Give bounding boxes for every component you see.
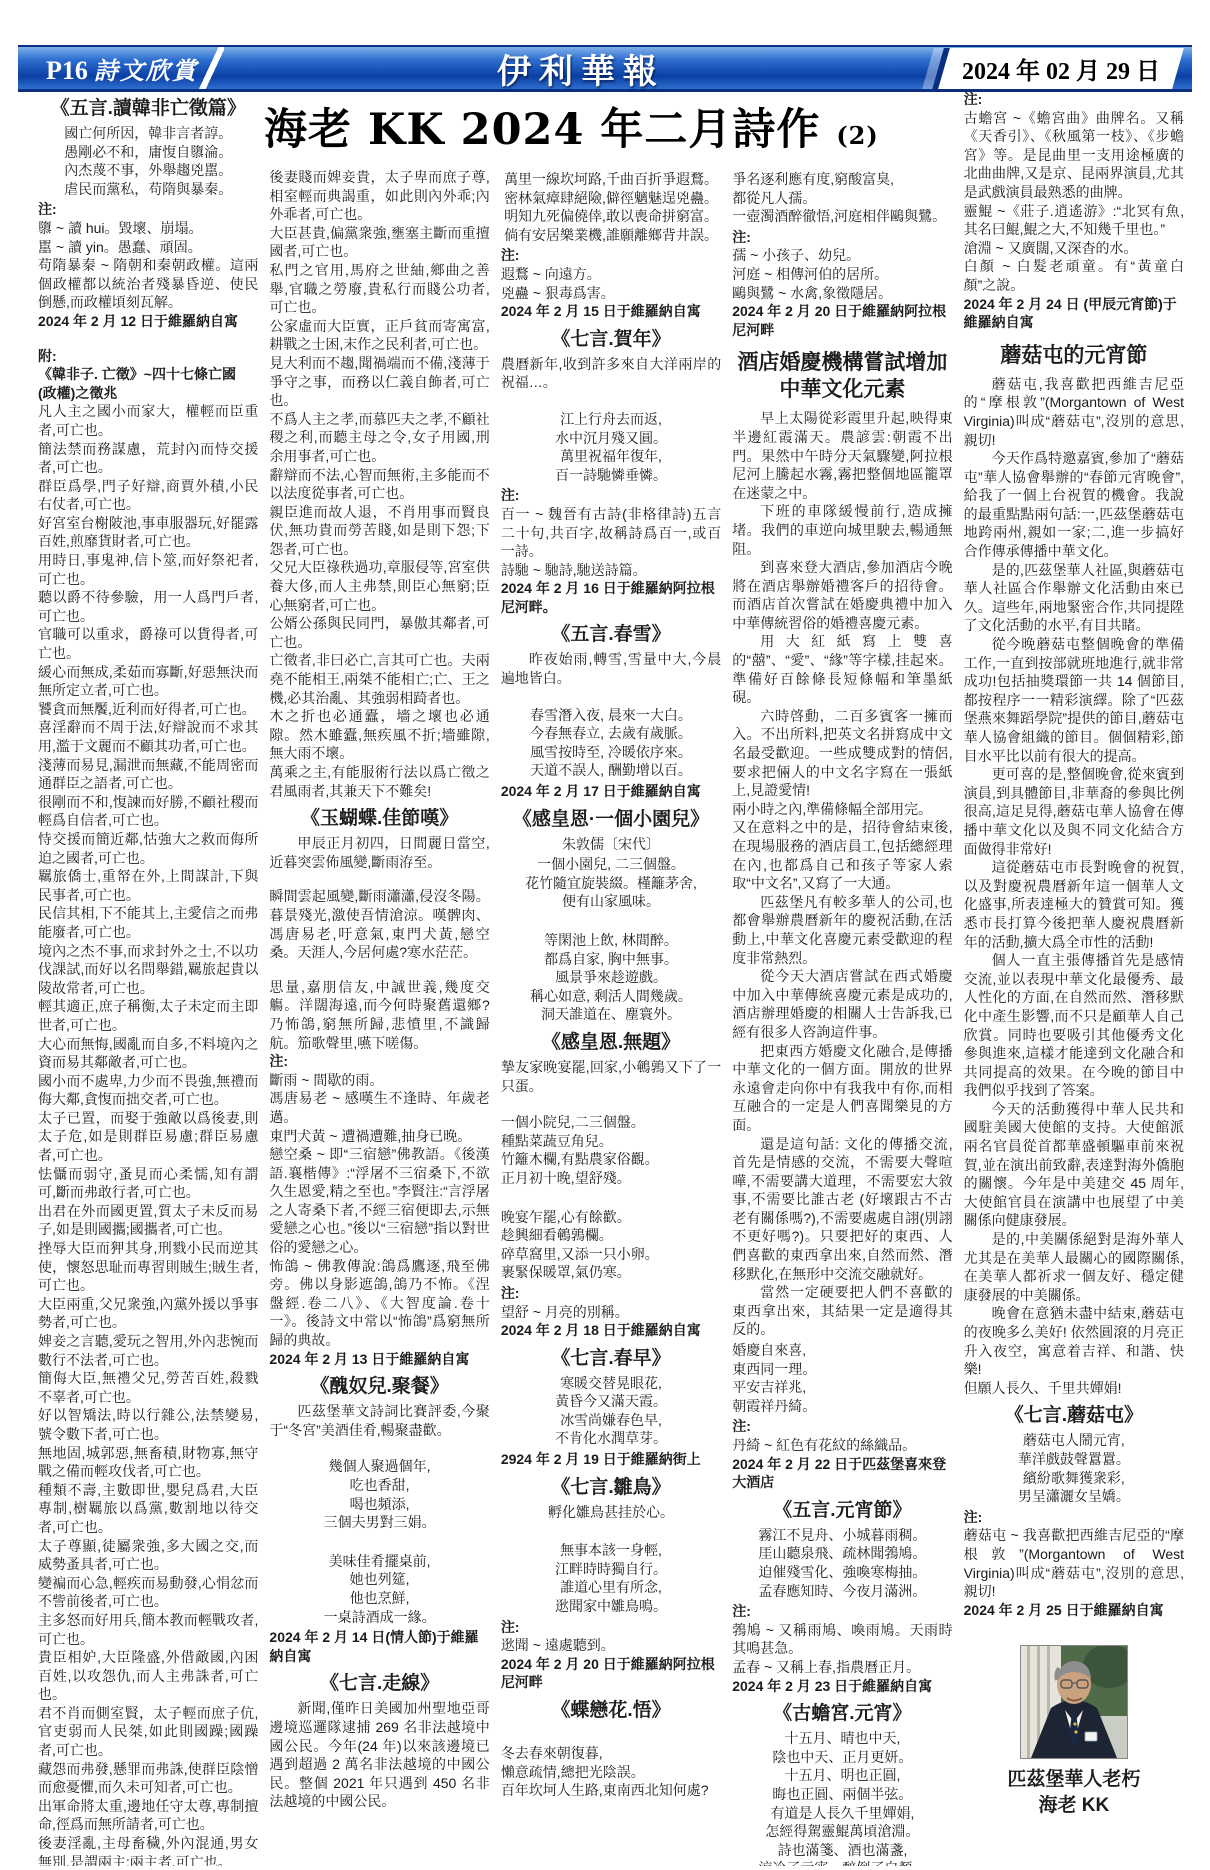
date-line: 2024 年 2 月 15 日于維羅納自寓 [501, 302, 721, 321]
poem-title: 《感皇恩.無題》 [501, 1031, 721, 1054]
paragraph: 逖聞 ~ 遠處聽到。 [501, 1636, 721, 1655]
spacer [269, 962, 489, 978]
verse-line: 倘有安居樂業機,誰願離鄉背井誤。 [501, 226, 721, 245]
verse-line: 他也烹鮮, [269, 1589, 489, 1608]
paragraph: 變褊而心急,輕疾而易動發,心悁忿而不訾前後者,可亡也。 [38, 1574, 258, 1611]
verse-line: 十五月、明也正圓, [732, 1766, 952, 1785]
paragraph: 辭辯而不法,心智而無術,主多能而不以法度從事者,可亡也。 [269, 466, 489, 503]
paragraph: 甲辰正月初四，日間麗日當空,近暮突雲佈風變,斷雨洊至。 [269, 834, 489, 871]
verse-line: 十五月、晴也中天, [732, 1729, 952, 1748]
verse-line: 怎經得駕靈鯤萬頃滄淵。 [732, 1822, 952, 1841]
paragraph: 簡侮大臣,無禮父兄,勞苦百姓,殺戮不辜者,可亡也。 [38, 1369, 258, 1406]
paragraph: 藏怨而弗發,懸罪而弗誅,使群臣陰憎而愈憂懼,而久未可知者,可亡也。 [38, 1760, 258, 1797]
paragraph: 是的,匹茲堡華人社區,與蘑菇屯華人社區合作舉辦文化活動由來已久。這些年,兩地緊密… [964, 561, 1184, 635]
spacer [269, 1534, 489, 1550]
date-line: 2024 年 2 月 20 日于維羅納阿拉根尼河畔 [501, 1655, 721, 1692]
verse-line: 碎草窩里,又添一只小卵。 [501, 1245, 721, 1264]
portrait-photo-block: 匹茲堡華人老朽海老 KK [964, 1645, 1184, 1819]
label-line: 注: [964, 1508, 1184, 1527]
label-line: 注: [501, 1618, 721, 1637]
verse-line: 誰道心里有所念, [501, 1578, 721, 1597]
label-line: 《韓非子. 亡徵》~四十七條亡國 (政權)之徵兆 [38, 365, 258, 402]
paragraph: 亡徵者,非曰必亡,言其可亡也。夫兩堯不能相王,兩桀不能相亡;亡、王之機,必其治亂… [269, 651, 489, 707]
paragraph: 饕貪而無饜,近利而好得者,可亡也。 [38, 700, 258, 719]
verse-line: 幾個人聚過個年, [269, 1457, 489, 1476]
label-line: 注: [501, 1284, 721, 1303]
verse-line: 冬去春來朝復暮, [501, 1744, 721, 1763]
paragraph: 恃交援而簡近鄰,怙強大之救而侮所迫之國者,可亡也。 [38, 830, 258, 867]
page-number: P16 [46, 56, 88, 86]
paragraph: 把東西方婚慶文化融合,是傳播中華文化的一個方面。開放的世界永遠會走向你中有我我中… [732, 1042, 952, 1135]
verse-line: 一個小院兒,二三個盤。 [501, 1113, 721, 1132]
paragraph: 怖鴿 ~ 佛教傳說:鴿爲鷹逐,飛至佛旁。佛以身影遮鴿,鴿乃不怖。《涅盤經.卷二八… [269, 1257, 489, 1350]
paragraph: 到喜來登大酒店,參加酒店今晚將在酒店舉辦婚禮客戶的招待會。而酒店首次嘗試在婚慶典… [732, 558, 952, 632]
verse: 萬里一線坎坷路,千曲百折爭遐鶩。密林氣瘴肆絕險,僻徑魑魅逞兇蠱。明知九死偏僥倖,… [501, 170, 721, 244]
poem-title: 《七言.春早》 [501, 1347, 721, 1370]
article-title: 酒店婚慶機構嘗試增加中華文化元素 [732, 349, 952, 403]
verse: 朱敦儒〔宋代〕 [501, 835, 721, 854]
verse-line: 東西同一理。 [732, 1360, 952, 1379]
spacer [501, 1726, 721, 1742]
verse-line: 一個小園兒, 二三個盤。 [501, 855, 721, 874]
paragraph: 君不肖而側室賢，太子輕而庶子伉,官吏弱而人民桀,如此則國躁;國躁者,可亡也。 [38, 1704, 258, 1760]
label-line: 注: [964, 90, 1184, 109]
poem-title: 《蝶戀花.悟》 [501, 1699, 721, 1722]
paragraph: 好宮室台榭陂池,事車服器玩,好罷露百姓,煎靡貨財者,可亡也。 [38, 514, 258, 551]
verse-line: 種點菜蔬豆角兒。 [501, 1132, 721, 1151]
paragraph: 匹茲堡凡有較多華人的公司,也都會舉辦農曆新年的慶祝活動,在活動上,中華文化喜慶元… [732, 893, 952, 967]
paragraph: 農曆新年,收到許多來自大洋兩岸的祝福…。 [501, 355, 721, 392]
paragraph: 簡法禁而務謀慮，荒封內而恃交援者,可亡也。 [38, 440, 258, 477]
verse-line: 稱心如意, 剩活人間幾歲。 [501, 987, 721, 1006]
column-1: 《五言.讀韓非亡徵篇》國亡何所因，韓非言者諄。愚剛必不和，庸愎自隳淪。內杰蔑不事… [38, 90, 258, 1866]
paragraph: 摯友家晚宴罷,回家,小鵪鶉又下了一只蛋。 [501, 1058, 721, 1095]
verse: 十五月、晴也中天,陰也中天、正月更妍。十五月、明也正圓,晦也正圓、兩個半弦。有道… [732, 1729, 952, 1866]
paragraph: 是的,中美關係絕對是海外華人尤其是在美華人最關心的國際關係,在美華人都祈求一個友… [964, 1230, 1184, 1304]
poem-title: 《五言.讀韓非亡徵篇》 [38, 97, 258, 120]
poem-title: 《古蟾宮.元宵》 [732, 1702, 952, 1725]
poem-title: 《七言.雛鳥》 [501, 1476, 721, 1499]
verse-line: 虐民而黨私，苟隋與暴秦。 [38, 180, 258, 199]
paragraph: 還是這句話: 文化的傳播交流,首先是情感的交流，不需要大聲喧嘩,不需要講大道理，… [732, 1135, 952, 1284]
paragraph: 民信其相,下不能其上,主愛信之而弗能廢者,可亡也。 [38, 904, 258, 941]
label-line: 注: [732, 228, 952, 247]
paragraph: 今天的活動獲得中華人民共和國駐美國大使館的支持。大使館派兩名官員從首都華盛頓驅車… [964, 1100, 1184, 1230]
poem-title: 《七言.走線》 [269, 1672, 489, 1695]
spacer [269, 871, 489, 887]
paragraph: 東門犬黃 ~ 遭禍遭難,抽身已晚。 [269, 1127, 489, 1146]
date-line: 2024 年 2 月 23 日于維羅納自寓 [732, 1677, 952, 1696]
paragraph: 群臣爲學,門子好辯,商賈外積,小民右仗者,可亡也。 [38, 477, 258, 514]
verse-line: 蘑菇屯人鬧元宵, [964, 1431, 1184, 1450]
paragraph: 公婿公孫與民同門，暴傲其鄰者,可亡也。 [269, 614, 489, 651]
label-line: 注: [269, 1052, 489, 1071]
verse-line: 涼冷了元宵、醉倒了白顏。 [732, 1859, 952, 1866]
verse: 冬去春來朝復暮,懶意疏情,總把光陰誤。百年坎坷人生路,東南西北知何處? [501, 1744, 721, 1800]
date-line: 2024 年 2 月 24 日 (甲辰元宵節)于維羅納自寓 [964, 295, 1184, 332]
paragraph: 孺 ~ 小孩子、幼兒。 [732, 246, 952, 265]
paragraph: 更可喜的是,整個晚會,從來賓到演員,到具體節目,非華裔的參與比例很高,這足見得,… [964, 765, 1184, 858]
poem-title: 《七言.賀年》 [501, 328, 721, 351]
paragraph: 白顏 ~ 白髮老頑童。有“黃童白顏”之說。 [964, 257, 1184, 294]
verse-line: 男呈瀟灑女呈嬌。 [964, 1487, 1184, 1506]
poem-title: 《五言.春雪》 [501, 623, 721, 646]
verse-line: 晚宴乍罷,心有餘歡。 [501, 1208, 721, 1227]
verse: 幾個人聚過個年,吃也香甜,喝也頻添,三個夫男對三娟。 [269, 1457, 489, 1531]
verse-line: 天道不誤人, 酬勤增以百。 [501, 761, 721, 780]
date-line: 2024 年 2 月 12 日于維羅納自寓 [38, 312, 258, 331]
poem-title: 《玉蝴蝶.佳節嘆》 [269, 807, 489, 830]
paragraph: 從今晚蘑菇屯整個晚會的準備工作,一直到按部就班地進行,就非常成功!包括抽獎環節一… [964, 635, 1184, 765]
verse: 一個小院兒,二三個盤。種點菜蔬豆角兒。竹籬木欄,有點農家俗觀。正月初十晚,望舒殘… [501, 1113, 721, 1187]
photo-caption: 匹茲堡華人老朽海老 KK [964, 1767, 1184, 1819]
paragraph: 大臣兩重,父兄衆強,內黨外援以爭事勢者,可亡也。 [38, 1295, 258, 1332]
paragraph: 太子已置，而娶于強敵以爲後妻,則太子危,如是則群臣易慮;群臣易慮者,可亡也。 [38, 1109, 258, 1165]
verse: 寒暖交替晃眼花,黃昏今又滿天霞。冰雪尚嫌春色早,不肯化水潤草芽。 [501, 1374, 721, 1448]
verse-line: 都爲自家, 胸中無事。 [501, 950, 721, 969]
verse: 一個小園兒, 二三個盤。花竹隨宜旋裝綴。槿籬茅舍,便有山家風味。 [501, 855, 721, 911]
verse-line: 逖聞家中雛鳥鳴。 [501, 1597, 721, 1616]
verse: 美味佳肴擺桌前,她也列筵,他也烹鮮,一桌詩酒成一緣。 [269, 1552, 489, 1626]
verse-line: 吃也香甜, [269, 1476, 489, 1495]
verse-line: 竹籬木欄,有點農家俗觀。 [501, 1150, 721, 1169]
paragraph: 馮唐易老 ~ 感嘆生不逢時、年歲老邁。 [269, 1089, 489, 1126]
verse-line: 喝也頻添, [269, 1495, 489, 1514]
verse: 國亡何所因，韓非言者諄。愚剛必不和，庸愎自隳淪。內杰蔑不事，外舉趨兇嚚。虐民而黨… [38, 124, 258, 198]
banner-notch-decoration [198, 47, 224, 89]
paragraph: 又在意料之中的是，招待會結束後,在現場服務的酒店員工,包括總經理在內,也都爲自己… [732, 818, 952, 892]
spacer [501, 1095, 721, 1111]
paragraph: 苟隋暴秦 ~ 隋朝和秦朝政權。這兩個政權都以統治者殘暴昏逆、使民倒懸,而政權頃刻… [38, 256, 258, 312]
paragraph: 從今天大酒店嘗試在西式婚慶中加入中華傳統喜慶元素是成功的,酒店辦理婚慶的相關人士… [732, 967, 952, 1041]
paragraph: 後妻賤而婢妾貴，太子卑而庶子尊,相室輕而典謁重，如此則內外乖;內外乖者,可亡也。 [269, 168, 489, 224]
paragraph: 貴臣相妒,大臣隆盛,外借敵國,內困百姓,以攻怨仇,而人主弗誅者,可亡也。 [38, 1648, 258, 1704]
verse: 春雪潛入夜, 晨來一大白。今春無春立, 去歲有歲脈。風雪按時至, 冷暖依序來。天… [501, 706, 721, 780]
paragraph: 昨夜始雨,轉雪,雪量中大,今晨遍地皆白。 [501, 650, 721, 687]
paragraph: 大臣甚貴,偏黨衆強,壅塞主斷而重擅國者,可亡也。 [269, 224, 489, 261]
paragraph: 凡人主之國小而家大，權輕而臣重者,可亡也。 [38, 402, 258, 439]
verse-line: 朱敦儒〔宋代〕 [501, 835, 721, 854]
spacer [38, 331, 258, 347]
verse-line: 江上行舟去而返, [501, 410, 721, 429]
verse-line: 爭名逐利應有度,窮酸富臭, [732, 170, 952, 189]
paragraph: 萬乘之主,有能服術行法以爲亡徵之君風雨者,其兼天下不難矣! [269, 763, 489, 800]
verse-line: 萬里一線坎坷路,千曲百折爭遐鶩。 [501, 170, 721, 189]
verse-line: 詩也滿箋、酒也滿盞, [732, 1841, 952, 1860]
paragraph: 很剛而不和,愎諫而好勝,不顧社稷而輕爲自信者,可亡也。 [38, 793, 258, 830]
verse-line: 晦也正圓、兩個半弦。 [732, 1785, 952, 1804]
spacer [269, 1439, 489, 1455]
verse-line: 密林氣瘴肆絕險,僻徑魑魅逞兇蠱。 [501, 189, 721, 208]
verse-line: 黃昏今又滿天霞。 [501, 1392, 721, 1411]
date-line: 2024 年 2 月 20 日于維羅納阿拉根尼河畔 [732, 302, 952, 339]
spacer [501, 688, 721, 704]
date-line: 2024 年 2 月 25 日于維羅納自寓 [964, 1601, 1184, 1620]
paragraph: 無地固,城郭惡,無畜積,財物寡,無守戰之備而輕攻伐者,可亡也。 [38, 1444, 258, 1481]
paragraph: 丹綺 ~ 紅色有花紋的絲織品。 [732, 1436, 952, 1455]
date-line: 2024 年 2 月 14 日(情人節)于維羅納自寓 [269, 1628, 489, 1665]
paragraph: 當然一定硬要把人們不喜歡的東西拿出來，其結果一定是適得其反的。 [732, 1283, 952, 1339]
paragraph: 兩小時之內,準備條幅全部用完。 [732, 800, 952, 819]
verse-line: 國亡何所因，韓非言者諄。 [38, 124, 258, 143]
issue-date: 2024 年 02 月 29 日 [962, 51, 1160, 86]
paragraph: 挫辱大臣而狎其身,刑戮小民而逆其使，懷怒思耻而專習則賊生;賊生者,可亡也。 [38, 1239, 258, 1295]
verse-line: 一桌詩酒成一緣。 [269, 1608, 489, 1627]
paragraph: 思量,嘉朋信友,中誠世義,幾度交觴。洋闊海遠,而今何時聚舊還鄉?乃怖鴿,窮無所歸… [269, 978, 489, 1052]
paragraph: 羈旅僑士,重帑在外,上間謀計,下與民事者,可亡也。 [38, 867, 258, 904]
edition-label: P16 詩文欣賞 [46, 51, 198, 86]
column-4: 爭名逐利應有度,窮酸富臭,都從凡人孺。一壺濁酒醉徹悟,河庭相伴鷗與鷺。注:孺 ~… [732, 90, 952, 1866]
paragraph: 怯懾而弱守,蚤見而心柔懦,知有謂可,斷而弗敢行者,可亡也。 [38, 1165, 258, 1202]
verse-line: 風景爭來趁遊戲。 [501, 968, 721, 987]
verse-line: 厓山聽泉飛、疏林聞鵓鳩。 [732, 1544, 952, 1563]
spacer [501, 1523, 721, 1539]
paragraph: 大心而無悔,國亂而自多,不料境內之資而易其鄰敵者,可亡也。 [38, 1035, 258, 1072]
verse-line: 正月初十晚,望舒殘。 [501, 1169, 721, 1188]
label-line: 注: [501, 246, 721, 265]
verse-line: 水中沉月殘又圓。 [501, 429, 721, 448]
paragraph: 晚會在意猶未盡中結束,蘑菇屯的夜晚多么美好! 依然圓滾的月亮正升入夜空，寓意着吉… [964, 1304, 1184, 1378]
date-line: 2024 年 2 月 22 日于匹茲堡喜來登大酒店 [732, 1455, 952, 1492]
paragraph: 孟春 ~ 又稱上春,指農曆正月。 [732, 1658, 952, 1677]
verse-line: 今春無春立, 去歲有歲脈。 [501, 724, 721, 743]
column-2: 後妻賤而婢妾貴，太子卑而庶子尊,相室輕而典謁重，如此則內外乖;內外乖者,可亡也。… [269, 90, 489, 1866]
verse-line: 花竹隨宜旋裝綴。槿籬茅舍, [501, 874, 721, 893]
verse-line: 她也列筵, [269, 1570, 489, 1589]
label-line: 注: [501, 486, 721, 505]
paragraph: 官職可以重求，爵祿可以貨得者,可亡也。 [38, 625, 258, 662]
photo-caption-line: 海老 KK [964, 1793, 1184, 1819]
paragraph: 這從蘑菇屯市長對晚會的祝賀,以及對慶祝農曆新年這一個華人文化盛事,所表達極大的贊… [964, 858, 1184, 951]
paragraph: 早上太陽從彩霞里升起,映得東半邊紅霞滿天。農諺雲:朝霞不出門。果然中午時分天氣驟… [732, 409, 952, 502]
verse-line: 不肯化水潤草芽。 [501, 1429, 721, 1448]
paragraph: 好以智矯法,時以行雜公,法禁變易,號令數下者,可亡也。 [38, 1406, 258, 1443]
verse-line: 等閑池上飲, 林間醉。 [501, 931, 721, 950]
date-line: 2024 年 2 月 13 日于維羅納自寓 [269, 1350, 489, 1369]
verse-line: 朝霞祥丹綺。 [732, 1397, 952, 1416]
verse-line: 美味佳肴擺桌前, [269, 1552, 489, 1571]
paragraph: 嚚 ~ 讀 yin。愚蠢、頑固。 [38, 238, 258, 257]
verse-line: 百年坎坷人生路,東南西北知何處? [501, 1781, 721, 1800]
poem-title: 《醜奴兒.聚餐》 [269, 1375, 489, 1398]
paragraph: 個人一直主張傳播首先是感情交流,並以表現中華文化最優秀、最人性化的方面,在自然而… [964, 951, 1184, 1100]
paragraph: 遐鶩 ~ 向遠方。 [501, 265, 721, 284]
paragraph: 公家虛而大臣實，正戶貧而寄寓富,耕戰之士困,末作之民利者,可亡也。 [269, 317, 489, 354]
verse: 孵化雛鳥甚挂於心。 [501, 1503, 721, 1522]
page-header: P16 詩文欣賞 伊利華報 2024 年 02 月 29 日 [18, 45, 1192, 92]
verse-line: 便有山家風味。 [501, 892, 721, 911]
verse-line: 愚剛必不和，庸愎自隳淪。 [38, 143, 258, 162]
columns-container: 《五言.讀韓非亡徵篇》國亡何所因，韓非言者諄。愚剛必不和，庸愎自隳淪。內杰蔑不事… [38, 90, 1184, 1866]
verse: 霧江不見舟、小城暮雨稠。厓山聽泉飛、疏林聞鵓鳩。迫催殘雪化、強喚寒梅抽。孟春應知… [732, 1526, 952, 1600]
paragraph: 輕其適正,庶子稱衡,太子未定而主即世者,可亡也。 [38, 997, 258, 1034]
paragraph: 古蟾宮 ~《蟾宮曲》曲牌名。又稱《天香引》、《秋風第一枝》、《步蟾宮》等。是昆曲… [964, 109, 1184, 202]
paragraph: 國小而不處卑,力少而不畏強,無禮而侮大鄰,貪愎而拙交者,可亡也。 [38, 1072, 258, 1109]
paragraph: 喜淫辭而不周于法,好辯說而不求其用,濫于文麗而不顧其功者,可亡也。 [38, 718, 258, 755]
verse-line: 華洋戲鼓聲囂囂。 [964, 1450, 1184, 1469]
verse-line: 迫催殘雪化、強喚寒梅抽。 [732, 1563, 952, 1582]
paragraph: 用大紅紙寫上雙喜的“囍”、“愛”、“緣”等字樣,挂起來。準備好百餘條長短條幅和筆… [732, 632, 952, 706]
poem-title: 《七言.蘑菇屯》 [964, 1404, 1184, 1427]
verse-line: 萬里祝福年復年, [501, 447, 721, 466]
paragraph: 瞬間雲起風變,斷雨瀟瀟,侵沒冬陽。暮景殘光,激使吾情滄涼。嘆髀肉、馮唐易老,吁意… [269, 887, 489, 961]
paragraph: 木之折也必通蠹，墻之壞也必通隙。然木雖蠹,無疾風不折;墻雖隙,無大雨不壞。 [269, 707, 489, 763]
verse-line: 婚慶自來喜, [732, 1341, 952, 1360]
paragraph: 匹茲堡華文詩詞比賽評委,今聚于“冬宮”美酒佳肴,暢聚盡歡。 [269, 1402, 489, 1439]
verse: 江上行舟去而返,水中沉月殘又圓。萬里祝福年復年,百一詩馳憐垂憐。 [501, 410, 721, 484]
date-line: 2924 年 2 月 19 日于維羅納街上 [501, 1450, 721, 1469]
verse-line: 明知九死偏僥倖,敢以喪命拼窮富。 [501, 207, 721, 226]
paragraph: 境內之杰不事,而求封外之士,不以功伐課試,而好以名問舉錯,羈旅起貴以陵故常者,可… [38, 942, 258, 998]
article-title: 蘑菇屯的元宵節 [964, 342, 1184, 369]
paragraph: 後妻淫亂,主母畜穢,外內混通,男女無別,是謂兩主;兩主者,可亡也。 [38, 1834, 258, 1866]
verse-line: 陰也中天、正月更妍。 [732, 1748, 952, 1767]
label-line: 注: [732, 1602, 952, 1621]
paragraph: 聽以爵不待參驗，用一人爲門戶者,可亡也。 [38, 588, 258, 625]
column-5: 注:古蟾宮 ~《蟾宮曲》曲牌名。又稱《天香引》、《秋風第一枝》、《步蟾宮》等。是… [964, 90, 1184, 1866]
verse-line: 孟春應知時、今夜月滿洲。 [732, 1582, 952, 1601]
paragraph: 六時啓動，二百多賓客一擁而入。不出所料,把英文名拼寫成中文名最受歡迎。一些成雙成… [732, 707, 952, 800]
verse: 蘑菇屯人鬧元宵,華洋戲鼓聲囂囂。繽紛歌舞獲衆彩,男呈瀟灑女呈嬌。 [964, 1431, 1184, 1505]
poem-title: 《五言.元宵節》 [732, 1499, 952, 1522]
paragraph: 新聞,僅昨日美國加州聖地亞哥邊境巡邏隊逮捕 269 名非法越境中國公民。今年(2… [269, 1699, 489, 1811]
paragraph: 太子尊顯,徒屬衆強,多大國之交,而威勢蚤具者,可亡也。 [38, 1537, 258, 1574]
label-line: 附: [38, 347, 258, 366]
verse: 無事本該一身輕,江畔時時獨自行。誰道心里有所念,逖聞家中雛鳥鳴。 [501, 1541, 721, 1615]
paragraph: 鵓鳩 ~ 又稱雨鳩、喚雨鳩。天雨時其鳴甚急。 [732, 1621, 952, 1658]
paragraph: 蘑菇屯,我喜歡把西維吉尼亞的“摩根敦”(Morgantown of West V… [964, 375, 1184, 449]
paragraph: 種類不壽,主數即世,嬰兒爲君,大臣專制,樹羈旅以爲黨,數割地以待交者,可亡也。 [38, 1481, 258, 1537]
paragraph: 今天作爲特邀嘉賓,參加了“蘑菇屯”華人協會舉辦的“春節元宵晚會”,給我了一個上台… [964, 449, 1184, 561]
paragraph: 用時日,事鬼神,信卜筮,而好祭祀者,可亡也。 [38, 551, 258, 588]
paragraph: 主多怒而好用兵,簡本教而輕戰攻者,可亡也。 [38, 1611, 258, 1648]
verse-line: 風雪按時至, 冷暖依序來。 [501, 743, 721, 762]
portrait-photo [1020, 1645, 1128, 1759]
verse: 等閑池上飲, 林間醉。都爲自家, 胸中無事。風景爭來趁遊戲。稱心如意, 剩活人間… [501, 931, 721, 1024]
paragraph: 淺薄而易見,漏泄而無藏,不能周密而通群臣之語者,可亡也。 [38, 756, 258, 793]
paragraph: 鷗與鷺 ~ 水禽,象徵隱居。 [732, 284, 952, 303]
paragraph: 出軍命將太重,邊地任守太尊,專制擅命,徑爲而無所請者,可亡也。 [38, 1797, 258, 1834]
verse-line: 趁興細看鵪鶉欄。 [501, 1226, 721, 1245]
masthead: 伊利華報 [224, 44, 938, 93]
photo-caption-line: 匹茲堡華人老朽 [964, 1767, 1184, 1793]
verse-line: 有道是人長久千里嬋娟, [732, 1804, 952, 1823]
verse-line: 無事本該一身輕, [501, 1541, 721, 1560]
paragraph: 父兄大臣祿秩過功,章服侵等,宮室供養大侈,而人主弗禁,則臣心無窮;臣心無窮者,可… [269, 558, 489, 614]
paragraph: 百一 ~ 魏晉有古詩(非格律詩)五言二十句,共百字,故稱詩爲百一,或百一詩。 [501, 505, 721, 561]
paragraph: 蘑菇屯 ~ 我喜歡把西維吉尼亞的“摩根敦”(Morgantown of West… [964, 1526, 1184, 1600]
paragraph: 望舒 ~ 月亮的別稱。 [501, 1303, 721, 1322]
paragraph: 親臣進而故人退，不肖用事而賢良伏,無功貴而勞苦賤,如是則下怨;下怨者,可亡也。 [269, 503, 489, 559]
issue-date-box: 2024 年 02 月 29 日 [938, 48, 1178, 89]
verse-line: 春雪潛入夜, 晨來一大白。 [501, 706, 721, 725]
date-line: 2024 年 2 月 17 日于維羅納自寓 [501, 782, 721, 801]
verse-line: 內杰蔑不事，外舉趨兇嚚。 [38, 161, 258, 180]
paragraph: 靈鯤 ~《莊子.逍遙游》:“北冥有魚,其名曰鯤,鯤之大,不知幾千里也。” [964, 202, 1184, 239]
verse-line: 都從凡人孺。 [732, 189, 952, 208]
newspaper-page: P16 詩文欣賞 伊利華報 2024 年 02 月 29 日 海老 KK 202… [0, 0, 1210, 1870]
paragraph: 但願人長久、千里共嬋娟! [964, 1379, 1184, 1398]
verse-line: 冰雪尚嫌春色早, [501, 1411, 721, 1430]
paragraph: 見大利而不趨,聞禍端而不備,淺薄于爭守之事，而務以仁義自飾者,可亡也。 [269, 354, 489, 410]
verse: 婚慶自來喜,東西同一理。平安吉祥兆,朝霞祥丹綺。 [732, 1341, 952, 1415]
paragraph: 兇蠱 ~ 狠毒爲害。 [501, 284, 721, 303]
paragraph: 不爲人主之孝,而慕匹夫之孝,不顧社稷之利,而聽主母之令,女子用國,刑余用事者,可… [269, 410, 489, 466]
verse-line: 裹緊保暖罩,氣仍寒。 [501, 1263, 721, 1282]
paragraph: 婢妾之言聽,愛玩之智用,外內悲惋而數行不法者,可亡也。 [38, 1332, 258, 1369]
verse: 晚宴乍罷,心有餘歡。趁興細看鵪鶉欄。碎草窩里,又添一只小卵。裹緊保暖罩,氣仍寒。 [501, 1208, 721, 1282]
paragraph: 私門之官用,馬府之世紬,鄉曲之善舉,官職之勞廢,貴私行而賤公功者,可亡也。 [269, 261, 489, 317]
date-line: 2024 年 2 月 16 日于維羅納阿拉根尼河畔。 [501, 579, 721, 616]
column-3: 萬里一線坎坷路,千曲百折爭遐鶩。密林氣瘴肆絕險,僻徑魑魅逞兇蠱。明知九死偏僥倖,… [501, 90, 721, 1866]
verse-line: 洞天誰道在、塵寰外。 [501, 1005, 721, 1024]
paragraph: 隳 ~ 讀 hui。毀壞、崩塌。 [38, 219, 258, 238]
spacer [501, 1190, 721, 1206]
verse-line: 三個夫男對三娟。 [269, 1513, 489, 1532]
verse-line: 百一詩馳憐垂憐。 [501, 466, 721, 485]
label-line: 注: [732, 1417, 952, 1436]
spacer [501, 392, 721, 408]
verse-line: 繽紛歌舞獲衆彩, [964, 1469, 1184, 1488]
verse-line: 霧江不見舟、小城暮雨稠。 [732, 1526, 952, 1545]
paragraph: 河庭 ~ 相傳河伯的居所。 [732, 265, 952, 284]
paragraph: 戀空桑 ~ 即“三宿戀”佛教語。《後漢語.襄楷傳》:“浮屠不三宿桑下,不欲久生恩… [269, 1145, 489, 1257]
verse: 爭名逐利應有度,窮酸富臭,都從凡人孺。一壺濁酒醉徹悟,河庭相伴鷗與鷺。 [732, 170, 952, 226]
verse-line: 一壺濁酒醉徹悟,河庭相伴鷗與鷺。 [732, 207, 952, 226]
poem-title: 《感皇恩·一個小園兒》 [501, 808, 721, 831]
date-line: 2024 年 2 月 18 日于維羅納自寓 [501, 1321, 721, 1340]
paragraph: 下班的車隊緩慢前行,造成擁堵。我們的車逆向城里駛去,暢通無阻。 [732, 502, 952, 558]
verse-line: 孵化雛鳥甚挂於心。 [501, 1503, 721, 1522]
spacer [501, 913, 721, 929]
paragraph: 詩馳 ~ 馳詩,馳送詩篇。 [501, 561, 721, 580]
verse-line: 寒暖交替晃眼花, [501, 1374, 721, 1393]
verse-line: 平安吉祥兆, [732, 1378, 952, 1397]
label-line: 注: [38, 200, 258, 219]
section-name: 詩文欣賞 [94, 51, 198, 86]
verse-line: 懶意疏情,總把光陰誤。 [501, 1763, 721, 1782]
paragraph: 出君在外而國更置,質太子未反而易子,如是則國攜;國攜者,可亡也。 [38, 1202, 258, 1239]
verse-line: 江畔時時獨自行。 [501, 1560, 721, 1579]
paragraph: 緩心而無成,柔茹而寡斷,好惡無決而無所定立者,可亡也。 [38, 663, 258, 700]
paragraph: 滄淵 ~ 又廣闊,又深杳的水。 [964, 239, 1184, 258]
paragraph: 斷雨 ~ 間歇的雨。 [269, 1071, 489, 1090]
